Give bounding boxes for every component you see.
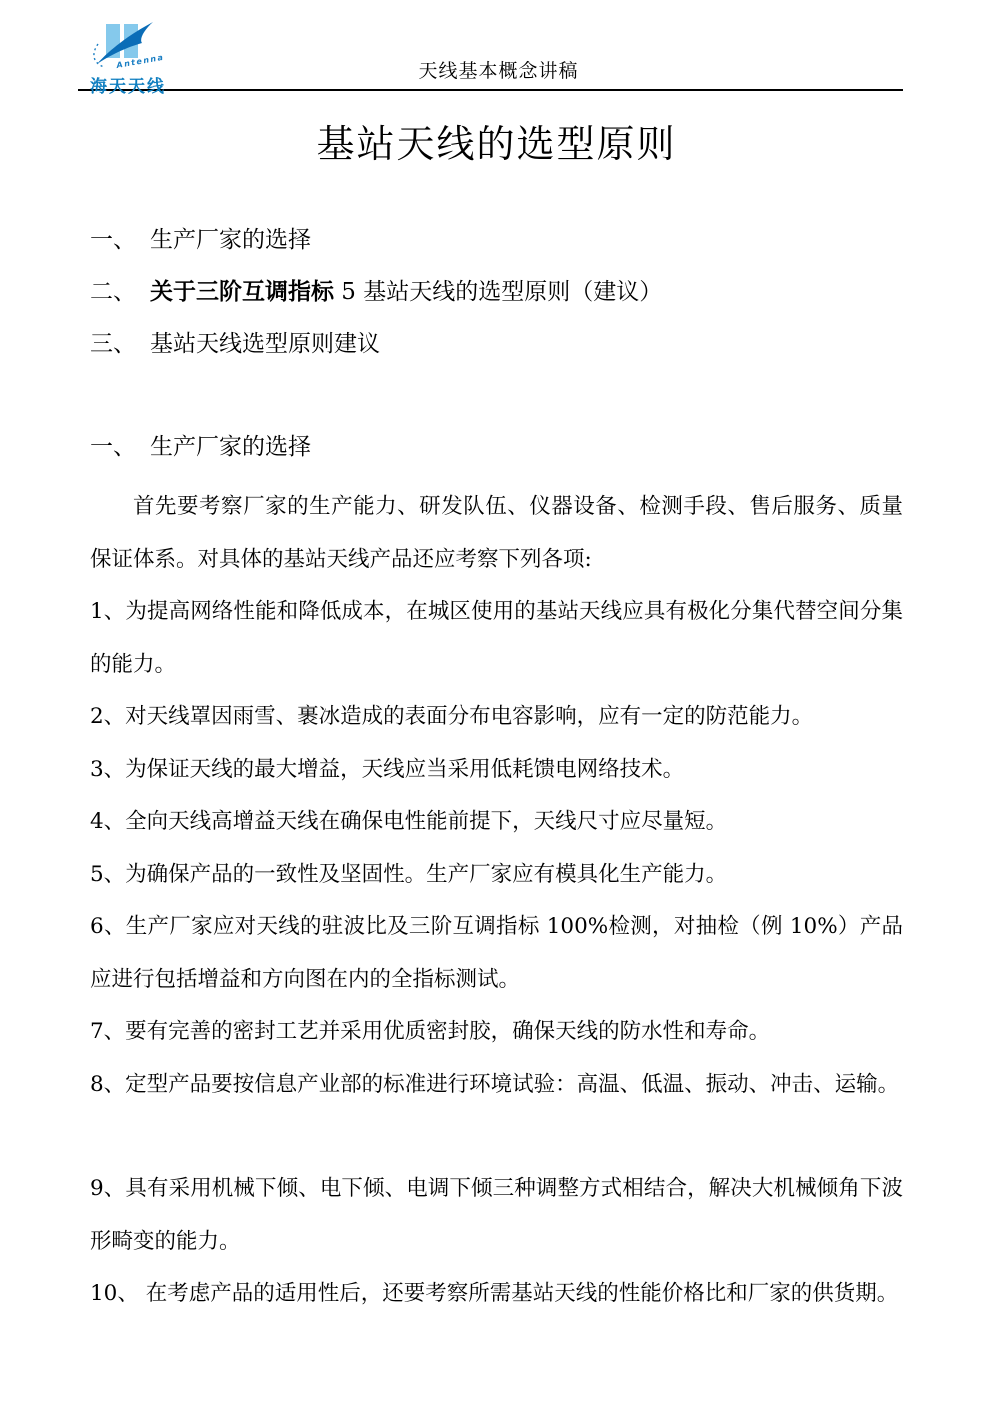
- document-body: 一、生产厂家的选择 二、关于三阶互调指标 5 基站天线的选型原则（建议） 三、基…: [90, 214, 903, 1321]
- toc-item-2-number: 二、: [90, 279, 136, 305]
- section-heading-number: 一、: [90, 434, 136, 460]
- toc-item-1: 一、生产厂家的选择: [90, 214, 903, 266]
- toc-item-1-number: 一、: [90, 227, 136, 253]
- toc-item-2-label: 5 基站天线的选型原则（建议）: [334, 279, 662, 305]
- company-logo: Antenna 海天天线: [90, 20, 210, 70]
- list-item-6: 6、生产厂家应对天线的驻波比及三阶互调指标 100%检测，对抽检（例 10%）产…: [90, 901, 903, 1006]
- table-of-contents: 一、生产厂家的选择 二、关于三阶互调指标 5 基站天线的选型原则（建议） 三、基…: [90, 214, 903, 370]
- list-item-10: 10、 在考虑产品的适用性后，还要考察所需基站天线的性能价格比和厂家的供货期。: [90, 1268, 903, 1321]
- logo-brand-text: 海天天线: [90, 72, 166, 97]
- list-item-5: 5、为确保产品的一致性及坚固性。生产厂家应有模具化生产能力。: [90, 849, 903, 902]
- toc-item-3: 三、基站天线选型原则建议: [90, 318, 903, 370]
- list-item-4: 4、全向天线高增益天线在确保电性能前提下，天线尺寸应尽量短。: [90, 796, 903, 849]
- toc-item-2-bold: 关于三阶互调指标: [150, 278, 334, 305]
- toc-item-3-label: 基站天线选型原则建议: [150, 331, 380, 357]
- list-item-1: 1、为提高网络性能和降低成本，在城区使用的基站天线应具有极化分集代替空间分集的能…: [90, 586, 903, 691]
- toc-item-1-label: 生产厂家的选择: [150, 227, 311, 253]
- list-item-8: 8、定型产品要按信息产业部的标准进行环境试验：高温、低温、振动、冲击、运输。: [90, 1059, 903, 1112]
- list-item-3: 3、为保证天线的最大增益，天线应当采用低耗馈电网络技术。: [90, 744, 903, 797]
- antenna-logo-icon: Antenna: [90, 20, 190, 70]
- list-item-2: 2、对天线罩因雨雪、裹冰造成的表面分布电容影响，应有一定的防范能力。: [90, 691, 903, 744]
- header-doc-title: 天线基本概念讲稿: [418, 56, 578, 83]
- list-item-9: 9、具有采用机械下倾、电下倾、电调下倾三种调整方式相结合，解决大机械倾角下波形畸…: [90, 1163, 903, 1268]
- toc-item-3-number: 三、: [90, 331, 136, 357]
- intro-paragraph: 首先要考察厂家的生产能力、研发队伍、仪器设备、检测手段、售后服务、质量保证体系。…: [90, 481, 903, 586]
- list-item-7: 7、要有完善的密封工艺并采用优质密封胶，确保天线的防水性和寿命。: [90, 1006, 903, 1059]
- page-header: Antenna 海天天线 天线基本概念讲稿: [78, 0, 903, 91]
- section-heading-label: 生产厂家的选择: [150, 434, 311, 460]
- document-page: Antenna 海天天线 天线基本概念讲稿 基站天线的选型原则 一、生产厂家的选…: [0, 0, 993, 1404]
- svg-text:Antenna: Antenna: [115, 53, 165, 70]
- section-heading: 一、生产厂家的选择: [90, 432, 903, 462]
- toc-item-2: 二、关于三阶互调指标 5 基站天线的选型原则（建议）: [90, 266, 903, 318]
- page-title: 基站天线的选型原则: [0, 113, 993, 168]
